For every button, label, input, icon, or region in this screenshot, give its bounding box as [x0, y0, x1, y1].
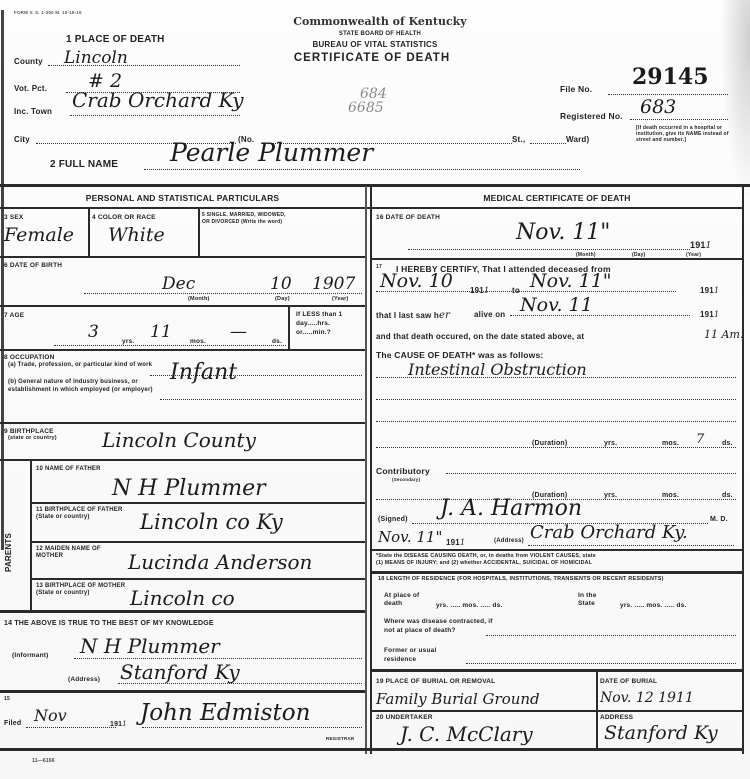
ward-label: Ward) — [566, 135, 589, 144]
at-place-durations: yrs. ..... mos. ..... ds. — [436, 602, 502, 609]
burial-date-year-suffix: 1 — [685, 690, 694, 706]
board-title: STATE BOARD OF HEALTH — [280, 31, 480, 37]
occupation-value: Infant — [170, 360, 237, 385]
sign-year: 1911 — [446, 538, 465, 547]
race-label: 4 COLOR OR RACE — [92, 214, 156, 221]
at-place-yrs: yrs. — [436, 602, 448, 609]
mother-name-value: Lucinda Anderson — [128, 550, 312, 574]
row-line-3 — [0, 349, 365, 351]
marital-status-label: 5 SINGLE, MARRIED, WIDOWED, OR DIVORCED … — [202, 212, 292, 225]
row-line-2 — [0, 305, 365, 307]
medical-section-title: MEDICAL CERTIFICATE OF DEATH — [372, 193, 742, 203]
attended-from-year-prefix: 191 — [470, 286, 484, 295]
former-residence-label: Former or usual residence — [384, 646, 464, 664]
occupation-a-label: (a) Trade, profession, or particular kin… — [8, 362, 168, 370]
race-value: White — [108, 224, 165, 246]
at-place-mos: mos. — [462, 602, 478, 609]
signed-value: J. A. Harmon — [440, 496, 582, 521]
duration-mos-label: mos. — [660, 440, 681, 447]
cause-line-2 — [376, 392, 736, 400]
footnote-line-2: (1) MEANS OF INJURY; and (2) whether ACC… — [376, 560, 740, 567]
registered-no-value: 683 — [640, 96, 676, 118]
age-ds-label: ds. — [272, 338, 282, 345]
row-line-5 — [0, 459, 365, 461]
occupation-label: 8 OCCUPATION — [4, 354, 55, 361]
duration-yrs-label: yrs. — [602, 440, 619, 447]
burial-date-main: Nov. 12 191 — [600, 690, 685, 706]
full-name-label: 2 FULL NAME — [50, 159, 118, 170]
parents-divider — [30, 461, 32, 611]
sign-date: Nov. 11" — [378, 528, 442, 546]
in-state-ds: ds. — [676, 602, 686, 609]
informant-address-value: Stanford Ky — [120, 660, 240, 684]
undertaker-value: J. C. McClary — [400, 722, 533, 746]
vot-pct-label: Vot. Pct. — [14, 84, 47, 93]
parents-line-2 — [30, 541, 365, 543]
informant-label: (Informant) — [12, 652, 49, 659]
occupation-b-line — [160, 394, 362, 400]
hospital-note: [If death occurred in a hospital or inst… — [636, 125, 730, 143]
last-saw-pronoun: er — [439, 310, 450, 321]
informant-value: N H Plummer — [80, 634, 220, 658]
ward-line — [530, 134, 566, 144]
inc-town-label: Inc. Town — [14, 107, 52, 116]
filed-number: 15 — [4, 696, 10, 702]
father-birthplace-label: 11 BIRTHPLACE OF FATHER (State or countr… — [36, 507, 136, 520]
dob-month: Dec — [162, 274, 195, 294]
death-occurred-text: and that death occured, on the date stat… — [376, 332, 584, 341]
occupation-b-label: (b) General nature of Industry business,… — [8, 379, 168, 394]
informant-address-label: (Address) — [68, 676, 100, 683]
bureau-title: BUREAU OF VITAL STATISTICS — [270, 40, 480, 49]
sign-year-prefix: 191 — [446, 538, 460, 547]
duration-label: (Duration) — [530, 440, 569, 447]
dod-year-prefix: 191 — [690, 240, 706, 250]
mother-birthplace-value: Lincoln co — [130, 586, 235, 610]
attended-to: Nov. 11" — [530, 270, 612, 292]
medical-row-line-5 — [372, 710, 742, 712]
dod-year: 1911 — [690, 240, 712, 251]
dob-year-caption: (Year) — [332, 296, 349, 302]
filed-year-suffix: 1 — [122, 720, 127, 728]
contributory-ds-label: ds. — [720, 492, 735, 499]
filed-value: Nov — [34, 706, 67, 725]
duration-days: 7 — [696, 432, 704, 447]
contributory-line — [446, 466, 736, 474]
address-value: Crab Orchard Ky. — [530, 522, 688, 543]
last-saw-date: Nov. 11 — [520, 294, 593, 316]
undertaker-label: 20 UNDERTAKER — [376, 714, 433, 721]
right-border — [742, 186, 744, 754]
mother-name-label: 12 MAIDEN NAME OF MOTHER — [36, 546, 126, 560]
medical-row-line-4 — [372, 669, 742, 672]
file-no-value: 29145 — [632, 64, 709, 90]
dod-year-suffix: 1 — [706, 241, 712, 251]
in-state-yrs: yrs. — [620, 602, 632, 609]
row-line-4 — [0, 422, 365, 424]
in-state-durations: yrs. ..... mos. ..... ds. — [620, 602, 686, 609]
file-no-label: File No. — [560, 84, 592, 94]
age-months: 11 — [150, 322, 172, 342]
city-label: City — [14, 135, 30, 144]
filed-year-prefix: 191 — [110, 721, 122, 728]
medical-row-line-3 — [372, 571, 742, 574]
in-state-mos: mos. — [646, 602, 662, 609]
father-name-value: N H Plummer — [112, 476, 266, 501]
race-marital-divider — [198, 209, 200, 256]
registrar-label: REGISTRAR — [326, 736, 354, 741]
burial-date-value: Nov. 12 1911 — [600, 690, 694, 706]
burial-date-label: DATE OF BURIAL — [600, 678, 657, 685]
md-label: M. D. — [710, 516, 728, 523]
age-years: 3 — [88, 322, 99, 342]
parents-line-3 — [30, 578, 365, 580]
last-saw-prefix: that I last saw h — [376, 311, 439, 320]
contributory-mos-label: mos. — [660, 492, 681, 499]
death-certificate: FORM V. S. 1-200 M. 10-15-10 Commonwealt… — [0, 0, 750, 779]
age-mos-label: mos. — [190, 338, 206, 345]
dob-day: 10 — [270, 274, 292, 294]
attended-to-year: 1911 — [700, 286, 719, 295]
alive-on-label: alive on — [474, 310, 505, 319]
footer-code: 11—6166 — [32, 758, 55, 764]
father-birthplace-value: Lincoln co Ky — [140, 510, 283, 534]
medical-row-line-2 — [372, 549, 742, 551]
inc-town-value: Crab Orchard Ky — [72, 88, 244, 112]
top-divider — [0, 184, 750, 187]
true-statement: 14 THE ABOVE IS TRUE TO THE BEST OF MY K… — [4, 620, 214, 627]
former-residence-line — [466, 656, 736, 664]
last-saw-year: 1911 — [700, 310, 719, 319]
dod-month-day: Nov. 11" — [516, 220, 610, 245]
personal-header-line — [0, 207, 370, 209]
certificate-title: CERTIFICATE OF DEATH — [262, 52, 482, 64]
county-label: County — [14, 57, 43, 66]
dod-label: 16 DATE OF DEATH — [376, 214, 440, 221]
bottom-border — [0, 748, 744, 751]
dob-label: 6 DATE OF BIRTH — [4, 262, 62, 269]
in-state-label: In the State — [578, 592, 606, 608]
registrar-value: John Edmiston — [140, 700, 310, 726]
attended-from: Nov. 10 — [380, 270, 453, 292]
filed-label: Filed — [4, 720, 21, 727]
sex-value: Female — [4, 224, 74, 246]
cause-value: Intestinal Obstruction — [408, 360, 587, 379]
dob-year: 1907 — [312, 274, 355, 294]
personal-section-title: PERSONAL AND STATISTICAL PARTICULARS — [0, 193, 365, 203]
commonwealth-title: Commonwealth of Kentucky — [280, 15, 480, 28]
last-saw-label: that I last saw her — [376, 310, 450, 321]
address-label: (Address) — [494, 538, 524, 544]
last-saw-year-suffix: 1 — [714, 310, 719, 319]
inner-left-border — [365, 186, 367, 754]
full-name-value: Pearle Plummer — [170, 138, 373, 167]
burial-place-value: Family Burial Ground — [376, 690, 540, 708]
cause-label: The CAUSE OF DEATH* was as follows: — [376, 350, 543, 360]
mother-birthplace-label: 13 BIRTHPLACE OF MOTHER (State or countr… — [36, 583, 136, 596]
form-number: FORM V. S. 1-200 M. 10-15-10 — [14, 10, 82, 15]
dob-month-caption: (Month) — [188, 296, 210, 302]
place-of-death-label: 1 PLACE OF DEATH — [66, 34, 165, 45]
contributory-label: Contributory — [376, 466, 430, 476]
county-value: Lincoln — [64, 48, 128, 68]
parents-line-1 — [30, 502, 365, 504]
attended-from-year: 1911 — [470, 286, 489, 295]
margin-number-2: 6685 — [348, 100, 384, 116]
filed-year: 1911 — [110, 720, 127, 728]
row-line-1 — [0, 256, 365, 258]
undertaker-address-value: Stanford Ky — [604, 722, 718, 744]
burial-place-label: 19 PLACE OF BURIAL OR REMOVAL — [376, 678, 495, 685]
death-time: 11 Am. — [704, 328, 743, 341]
parents-bottom-line — [0, 610, 365, 613]
dob-day-caption: (Day) — [275, 296, 290, 302]
age-yrs-label: yrs. — [122, 338, 134, 345]
undertaker-address-label: ADDRESS — [600, 714, 633, 721]
age-divider — [288, 307, 290, 349]
sex-race-divider — [88, 209, 90, 256]
attended-from-year-suffix: 1 — [484, 286, 489, 295]
residence-label: 18 LENGTH OF RESIDENCE (FOR HOSPITALS, I… — [378, 576, 738, 583]
contracted-label: Where was disease contracted, if not at … — [384, 617, 494, 635]
to-label: to — [512, 286, 520, 295]
st-label: St., — [512, 135, 525, 144]
father-name-label: 10 NAME OF FATHER — [36, 466, 106, 473]
birthplace-label: 9 BIRTHPLACE — [4, 428, 54, 435]
medical-header-line — [372, 207, 742, 209]
age-label: 7 AGE — [4, 312, 24, 319]
page-shadow — [720, 0, 750, 200]
registered-no-label: Registered No. — [560, 111, 623, 121]
footnote-line-1: *State the DISEASE CAUSING DEATH, or, in… — [376, 553, 740, 560]
birthplace-sub-label: (state or country) — [8, 435, 57, 441]
page-edge — [1, 10, 4, 550]
contributory-yrs-label: yrs. — [602, 492, 619, 499]
informant-bottom-line — [0, 690, 365, 693]
signed-label: (Signed) — [378, 516, 408, 523]
sign-year-suffix: 1 — [460, 538, 465, 547]
age-days: — — [230, 322, 247, 342]
medical-row-line-1 — [372, 258, 742, 260]
birthplace-value: Lincoln County — [102, 428, 256, 452]
sex-label: 3 SEX — [4, 214, 23, 221]
secondary-label: (Secondary) — [392, 477, 420, 482]
attended-to-year-suffix: 1 — [714, 286, 719, 295]
at-place-label: At place of death — [384, 592, 424, 608]
duration-ds-label: ds. — [720, 440, 735, 447]
cause-line-3 — [376, 414, 736, 422]
last-saw-year-prefix: 191 — [700, 310, 714, 319]
at-place-ds: ds. — [492, 602, 502, 609]
parents-label: PARENTS — [4, 533, 13, 572]
attended-to-year-prefix: 191 — [700, 286, 714, 295]
less-than-label: If LESS than 1 day.....hrs. or.....min.? — [296, 310, 364, 337]
contracted-line — [486, 628, 736, 636]
